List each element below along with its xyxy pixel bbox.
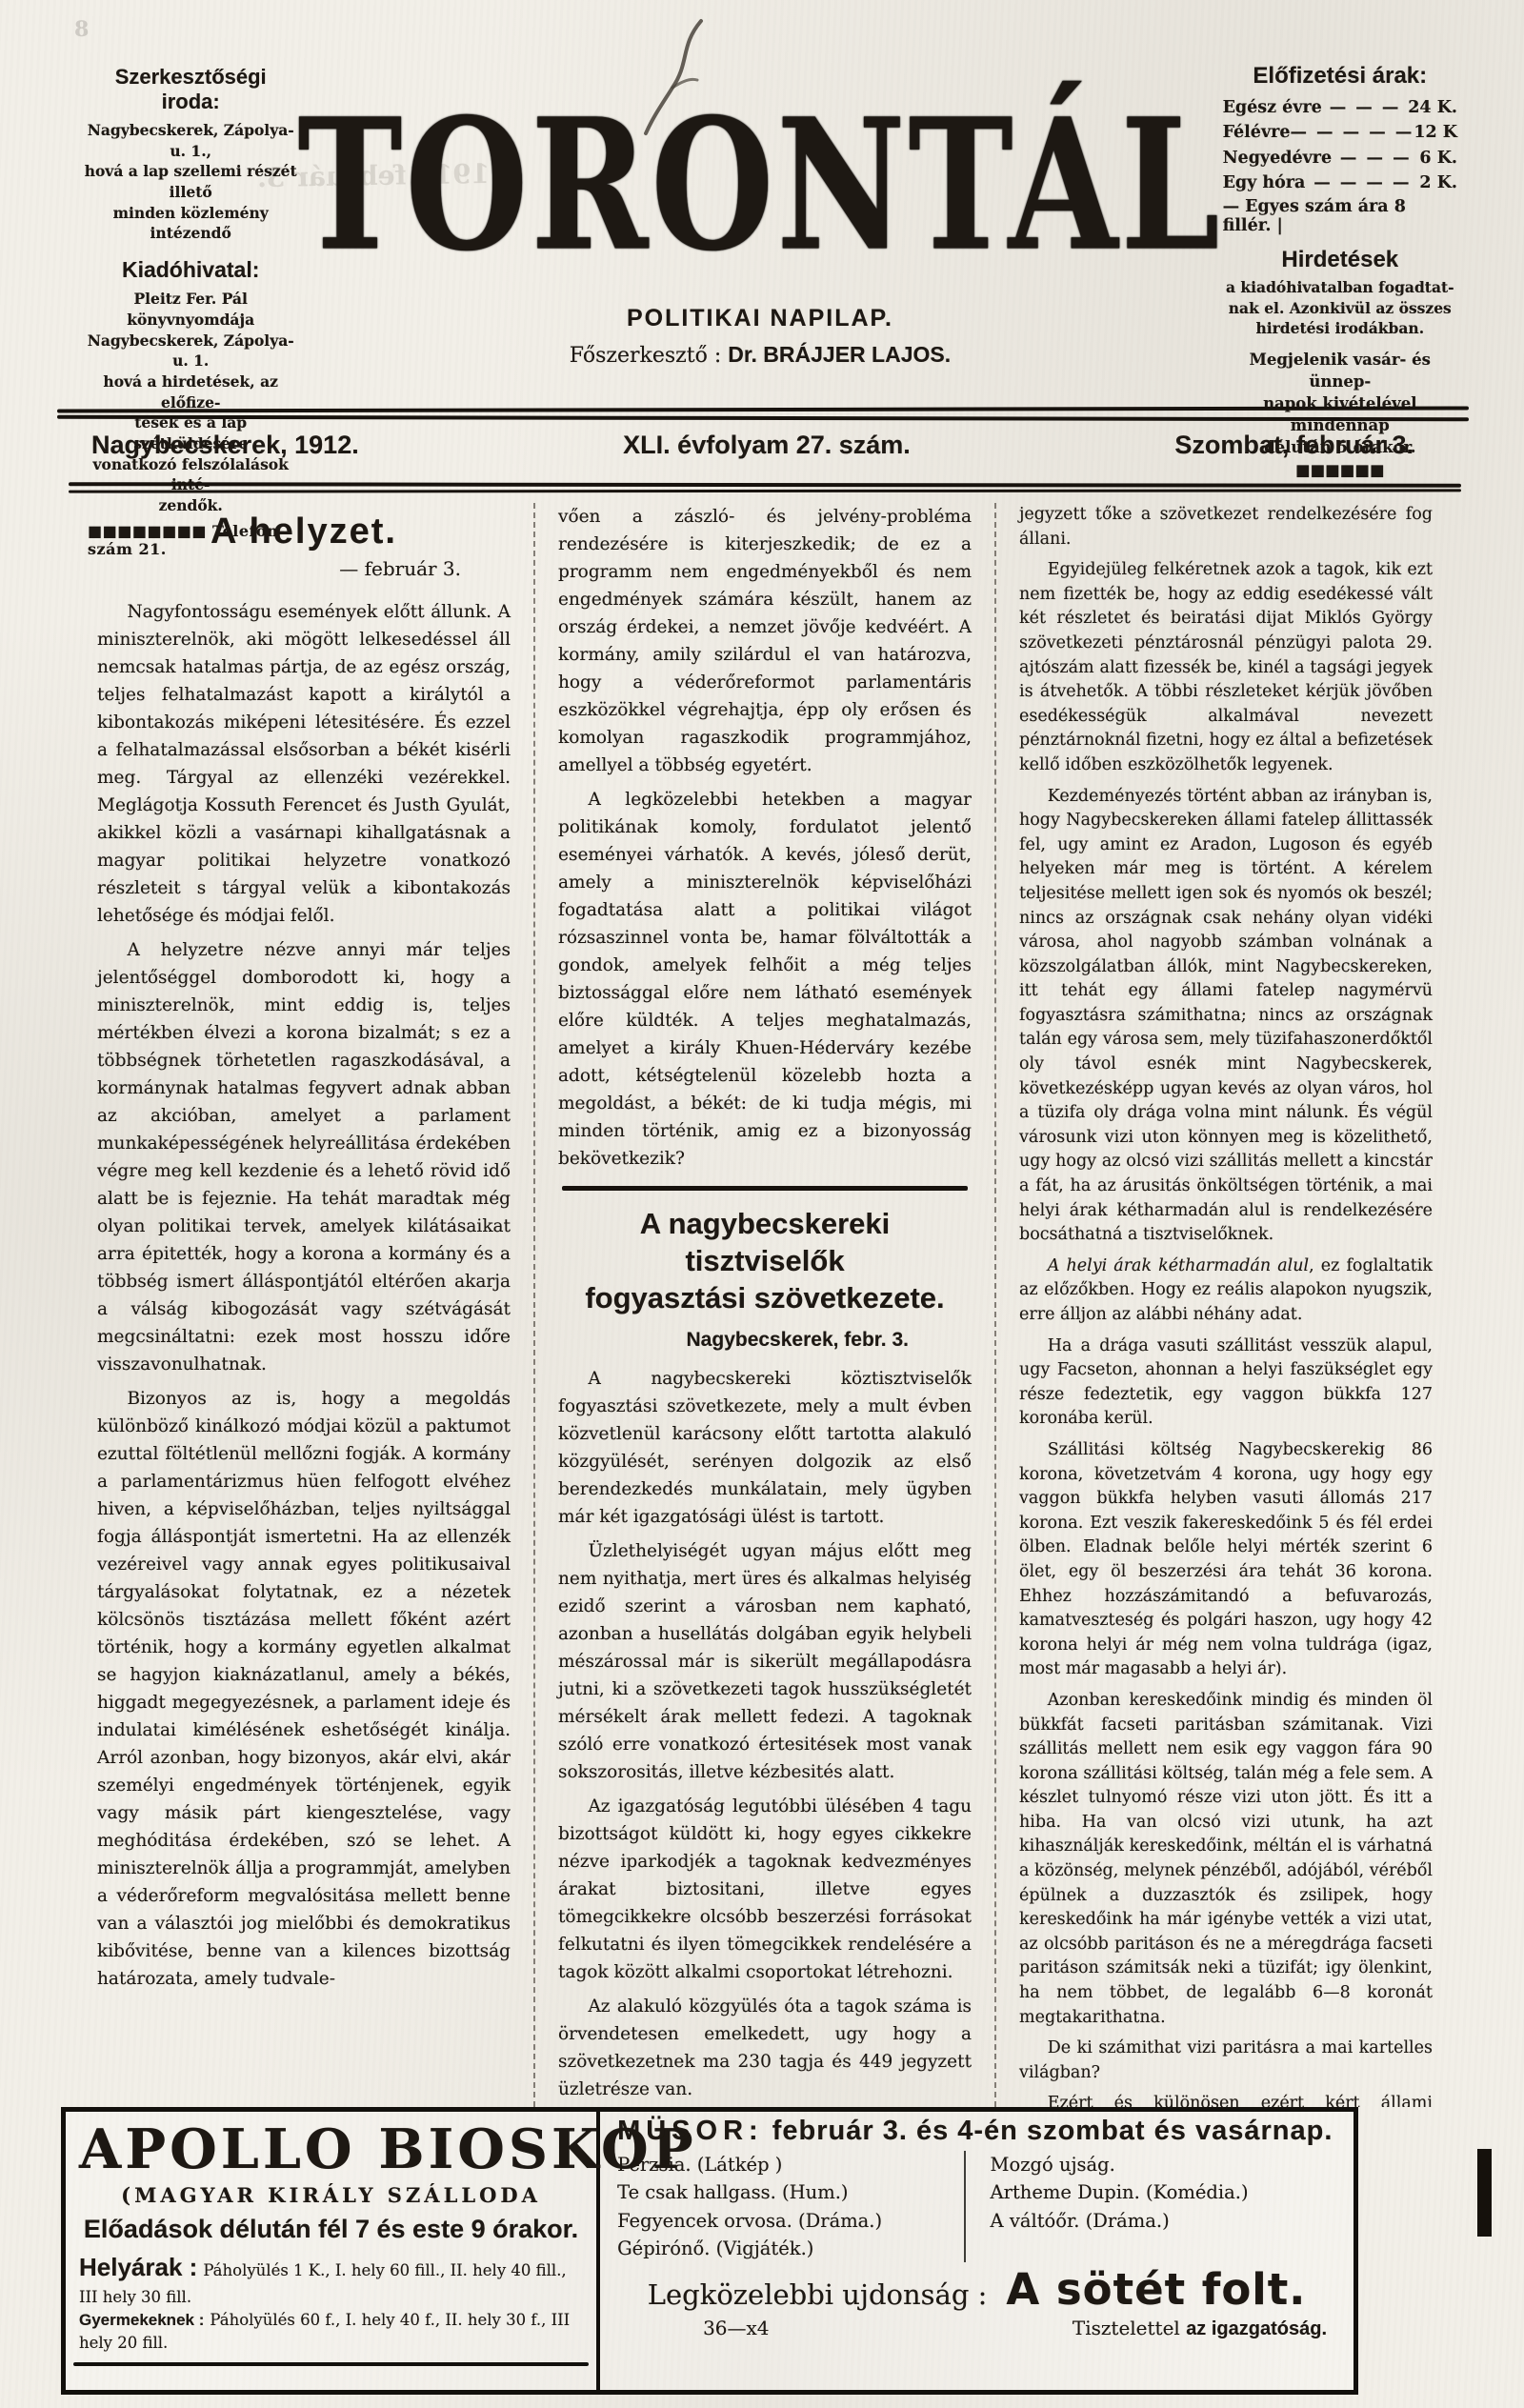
- article2-headline: A nagybecskereki tisztviselők fogyasztás…: [558, 1206, 972, 1316]
- paragraph: Az alakuló közgyülés óta a tagok száma i…: [558, 1993, 972, 2103]
- chief-editor-line: Főszerkesztő : Dr. BRÁJJER LAJOS.: [297, 342, 1222, 368]
- paragraph: Te csak hallgass. (Hum.): [617, 2178, 963, 2206]
- paragraph: Ezért és különösen ezért kért állami far…: [1019, 2092, 1433, 2107]
- subscription-title: Előfizetési árak:: [1223, 63, 1457, 90]
- cinema-info-cell: APOLLO BIOSKOP (MAGYAR KIRÁLY SZÁLLODA E…: [66, 2112, 600, 2390]
- column-1: A helyzet. — február 3. Nagyfontosságu e…: [74, 503, 533, 2107]
- corner-smudge: 8: [74, 17, 94, 42]
- program-column-left: Perzsia. (Látkép )Te csak hallgass. (Hum…: [617, 2151, 963, 2262]
- paragraph: Nagyfontosságu események előtt állunk. A…: [97, 598, 511, 930]
- article2-body: A nagybecskereki köztisztviselők fogyasz…: [558, 1365, 972, 2107]
- paragraph: Bizonyos az is, hogy a megoldás különböz…: [97, 1385, 511, 1993]
- ad-rule: [73, 2362, 589, 2366]
- subscription-rate-row: Negyedévre— — —6 K.: [1223, 146, 1457, 171]
- paragraph: hirdetési irodákban.: [1223, 318, 1457, 339]
- paragraph: A nagybecskereki köztisztviselők fogyasz…: [558, 1365, 972, 1531]
- program-listing: Perzsia. (Látkép )Te csak hallgass. (Hum…: [617, 2151, 1336, 2262]
- ad-signoff-management: az igazgatóság.: [1186, 2318, 1327, 2339]
- paragraph: A helyzetre nézve annyi már teljes jelen…: [97, 936, 511, 1378]
- paragraph: minden közlemény intézendő: [84, 203, 297, 244]
- paragraph: Nagybecskerek, Zápolya-u. 1.: [84, 331, 297, 371]
- article-columns: A helyzet. — február 3. Nagyfontosságu e…: [74, 503, 1455, 2107]
- subscription-rates: Egész évre— — —24 K.Félévre— — — — —12 K…: [1223, 95, 1457, 195]
- scan-edge-artifact: [1477, 2149, 1492, 2237]
- cinema-showtimes: Előadások délután fél 7 és este 9 órakor…: [79, 2215, 583, 2244]
- paragraph: Kezdeményezés történt abban az irányban …: [1019, 785, 1433, 1248]
- prices-label: Helyárak :: [79, 2253, 197, 2281]
- masthead: Szerkesztőségi iroda: Nagybecskerek, Záp…: [84, 63, 1457, 381]
- article2-dateline: Nagybecskerek, febr. 3.: [558, 1326, 972, 1354]
- newspaper-title: TORONTÁL: [297, 46, 1222, 326]
- paragraph: A váltóőr. (Dráma.): [991, 2207, 1336, 2235]
- article1-body-continued: vően a zászló- és jelvény-probléma rende…: [558, 503, 972, 1173]
- subscription-rate-row: Egész évre— — —24 K.: [1223, 95, 1457, 120]
- article-divider-rule: [562, 1186, 968, 1191]
- paragraph: De ki számithat vizi paritásra a mai kar…: [1019, 2037, 1433, 2085]
- editor-name: Dr. BRÁJJER LAJOS.: [728, 342, 951, 367]
- paragraph: jegyzett tőke a szövetkezet rendelkezésé…: [1019, 503, 1433, 552]
- editorial-office-block: Szerkesztőségi iroda: Nagybecskerek, Záp…: [84, 63, 297, 381]
- cinema-venue: (MAGYAR KIRÁLY SZÁLLODA: [79, 2183, 583, 2207]
- paragraph: Azonban kereskedőink mindig és minden öl…: [1019, 1689, 1433, 2030]
- paragraph: Az igazgatóság legutóbbi ülésében 4 tagu…: [558, 1793, 972, 1986]
- program-title: MÜSOR: február 3. és 4-én szombat és vas…: [617, 2116, 1336, 2147]
- program-title-label: MÜSOR:: [617, 2116, 764, 2146]
- ad-footer: 36—x4 Tisztelettel az igazgatóság.: [617, 2317, 1336, 2340]
- paragraph: Nagybecskerek, Zápolya-u. 1.,: [84, 120, 297, 161]
- paragraph: Perzsia. (Látkép ): [617, 2151, 963, 2178]
- article2-headline-line2: fogyasztási szövetkezete.: [585, 1281, 944, 1314]
- coming-attraction-label: Legközelebbi ujdonság :: [648, 2278, 988, 2311]
- article2-body-continued: jegyzett tőke a szövetkezet rendelkezésé…: [1019, 503, 1433, 2107]
- dateline-issue: XLI. évfolyam 27. szám.: [537, 431, 996, 460]
- paragraph: Egyidejüleg felkéretnek azok a tagok, ki…: [1019, 558, 1433, 777]
- ad-signoff: Tisztelettel az igazgatóság.: [1073, 2317, 1327, 2340]
- editorial-office-address: Nagybecskerek, Zápolya-u. 1.,hová a lap …: [84, 120, 297, 244]
- subscription-block: Előfizetési árak: Egész évre— — —24 K.Fé…: [1223, 63, 1457, 381]
- coming-attraction: Legközelebbi ujdonság : A sötét folt.: [617, 2264, 1336, 2315]
- cinema-program-cell: MÜSOR: február 3. és 4-én szombat és vas…: [600, 2112, 1354, 2390]
- advertisements-info: a kiadóhivatalban fogadtat-nak el. Azonk…: [1223, 277, 1457, 339]
- masthead-center: TORONTÁL POLITIKAI NAPILAP. Főszerkesztő…: [297, 63, 1222, 381]
- paragraph: a kiadóhivatalban fogadtat-: [1223, 277, 1457, 298]
- publisher-office-title: Kiadóhivatal:: [84, 257, 297, 283]
- paragraph: Artheme Dupin. (Komédia.): [991, 2178, 1336, 2206]
- ticket-prices-children: Gyermekeknek :Páholyülés 60 f., I. hely …: [79, 2309, 583, 2356]
- article1-headline: A helyzet.: [97, 518, 511, 546]
- paragraph: nak el. Azonkivül az összes: [1223, 298, 1457, 319]
- divider-rule: [69, 489, 1461, 492]
- paragraph: hová a hirdetések, az előfize-: [84, 371, 297, 412]
- paragraph: Pleitz Fer. Pál könyvnyomdája: [84, 289, 297, 330]
- dateline-place: Nagybecskerek, 1912.: [91, 431, 537, 460]
- editorial-office-title: Szerkesztőségi iroda:: [84, 65, 297, 114]
- column-2: vően a zászló- és jelvény-probléma rende…: [533, 503, 994, 2107]
- article2-headline-line1: A nagybecskereki tisztviselők: [640, 1207, 891, 1277]
- children-label: Gyermekeknek :: [79, 2311, 204, 2329]
- paragraph: Gépirónő. (Vigjáték.): [617, 2235, 963, 2262]
- ticket-prices: Helyárak :Páholyülés 1 K., I. hely 60 fi…: [79, 2250, 583, 2355]
- paragraph: Szállitási költség Nagybecskerekig 86 ko…: [1019, 1438, 1433, 1682]
- paragraph: A helyi árak kétharmadán alul, ez foglal…: [1019, 1254, 1433, 1328]
- paragraph: hová a lap szellemi részét illető: [84, 161, 297, 202]
- paragraph: Fegyencek orvosa. (Dráma.): [617, 2207, 963, 2235]
- cinema-advertisement: APOLLO BIOSKOP (MAGYAR KIRÁLY SZÁLLODA E…: [61, 2107, 1358, 2395]
- coming-attraction-title: A sötét folt.: [1006, 2264, 1306, 2315]
- newspaper-page: 1912 február 3. 8 Szerkesztőségi iroda: …: [0, 0, 1524, 2408]
- editor-label: Főszerkesztő :: [570, 344, 728, 368]
- program-title-dates: február 3. és 4-én szombat és vasárnap.: [764, 2116, 1333, 2146]
- article1-body: Nagyfontosságu események előtt állunk. A…: [97, 598, 511, 1993]
- dateline-row: Nagybecskerek, 1912. XLI. évfolyam 27. s…: [91, 431, 1442, 460]
- paragraph: A legközelebbi hetekben a magyar politik…: [558, 786, 972, 1173]
- paragraph: Megjelenik vasár- és ünnep-: [1223, 349, 1457, 392]
- program-column-right: Mozgó ujság.Artheme Dupin. (Komédia.)A v…: [964, 2151, 1336, 2262]
- dateline-day: Szombat, február 3.: [996, 431, 1442, 460]
- subscription-rate-row: Egy hóra— — — —2 K.: [1223, 171, 1457, 195]
- paragraph: Üzlethelyiségét ugyan május előtt meg ne…: [558, 1537, 972, 1786]
- subscription-rate-row: Félévre— — — — —12 K: [1223, 120, 1457, 145]
- cinema-name: APOLLO BIOSKOP: [79, 2117, 583, 2181]
- ad-reference-number: 36—x4: [703, 2317, 769, 2339]
- paragraph: vően a zászló- és jelvény-probléma rende…: [558, 503, 972, 779]
- paragraph: Ha a drága vasuti szállitást vesszük ala…: [1019, 1334, 1433, 1432]
- article1-date: — február 3.: [97, 555, 511, 583]
- column-3: jegyzett tőke a szövetkezet rendelkezésé…: [994, 503, 1455, 2107]
- publication-schedule: Megjelenik vasár- és ünnep-napok kivétel…: [1223, 349, 1457, 481]
- single-copy-price: — Egyes szám ára 8 fillér. |: [1223, 197, 1457, 235]
- advertisements-title: Hirdetések: [1223, 247, 1457, 273]
- ticket-prices-adults: Helyárak :Páholyülés 1 K., I. hely 60 fi…: [79, 2250, 583, 2309]
- paragraph: Mozgó ujság.: [991, 2151, 1336, 2178]
- ad-signoff-lead: Tisztelettel: [1073, 2317, 1186, 2339]
